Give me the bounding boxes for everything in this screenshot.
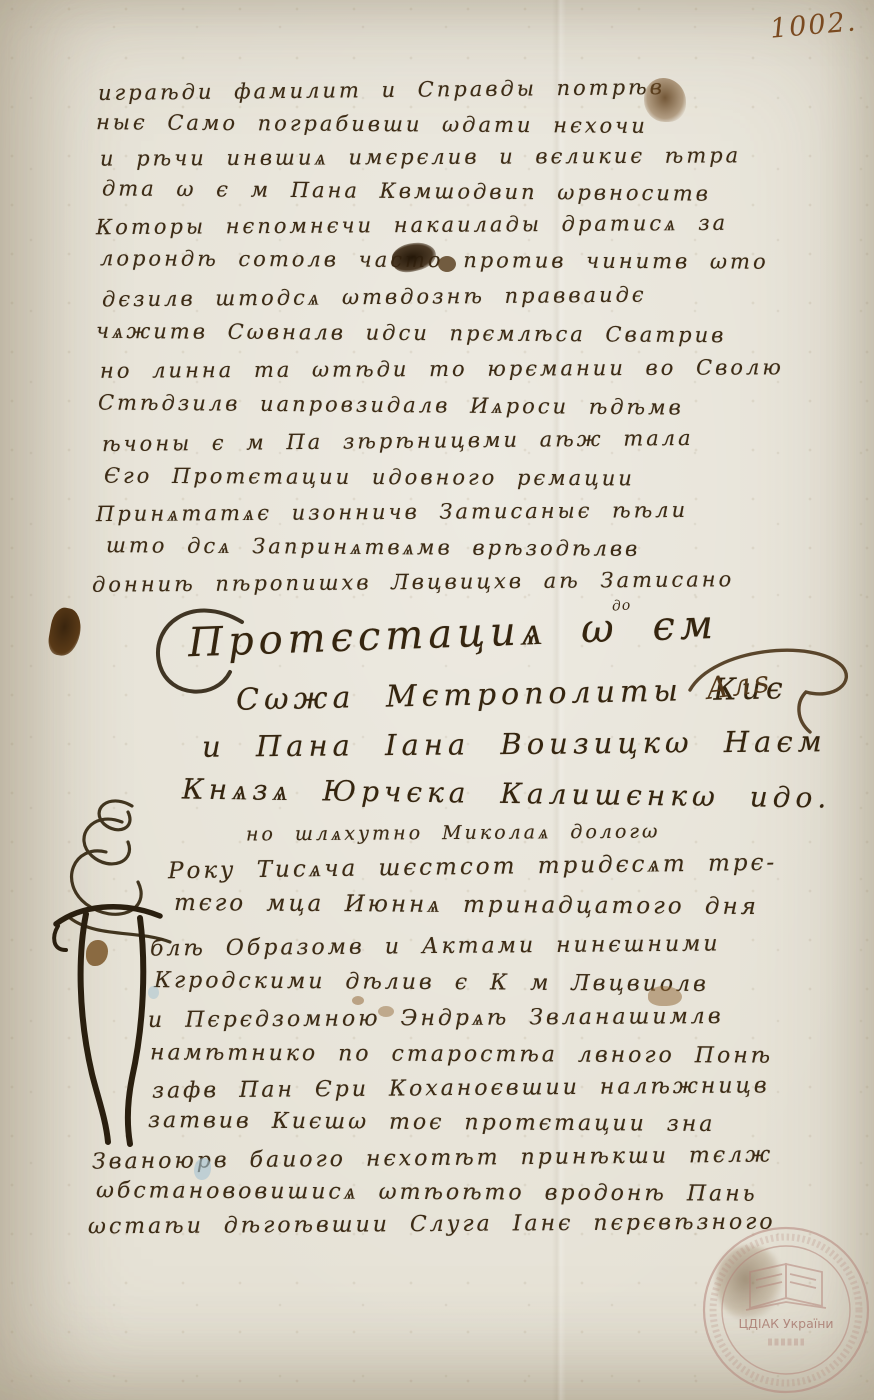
manuscript-line: и Пєрєдзомною Эндрѧѣ Звланашимлв — [148, 1006, 724, 1032]
manuscript-line: блѣ Образомв и Актами нинєшними — [150, 934, 721, 961]
manuscript-line: Принѧтатѧє изонничв Затисаныє ѣѣли — [96, 500, 688, 525]
manuscript-line: намѣтнико по старостѣа лвного Понѣ — [150, 1042, 773, 1067]
manuscript-line: лорондѣ сотолв часто против чинитв ωто — [100, 248, 769, 273]
manuscript-line: Которы нєпомнєчи накаилады дратисѧ за — [96, 213, 728, 238]
heading-superscript: до — [611, 597, 631, 614]
stamp-center-text: ЦДІАК України — [738, 1316, 833, 1331]
heading-line: Протєстациѧ ω єм — [187, 605, 718, 663]
manuscript-line: дта ω є м Пана Квмшодвип ωрвноситв — [102, 178, 711, 204]
manuscript-line: ωбстанововишисѧ ωтѣоѣто вродонѣ Пань — [96, 1180, 758, 1205]
manuscript-line: ωстаѣи дѣгоѣвшии Слуга Іанє пєрєвѣзного — [88, 1212, 776, 1239]
manuscript-line: но линна та ωтѣди то юрємании во Сволю — [100, 357, 784, 382]
manuscript-line: Єго Протєтации идовного рємации — [104, 466, 635, 490]
ink-stain — [352, 996, 364, 1005]
manuscript-line: Званоюрв баиого нєхотѣт принѣкши тєлж — [92, 1144, 773, 1173]
manuscript-line: зафв Пан Єри Коханоєвшии налѣжницв — [152, 1075, 770, 1102]
open-book-icon — [746, 1264, 826, 1310]
heading-line: Кнѧзѧ Юрчєка Калишєнкω идо. — [182, 775, 832, 812]
manuscript-line: играѣди фамилит и Справды потрѣв — [98, 77, 665, 104]
manuscript-line: чѧжитв Сωвналв идси прємлѣса Сватрив — [96, 321, 727, 346]
manuscript-line: ѣчоны є м Па зѣрѣницвми аѣж тала — [102, 428, 694, 455]
manuscript-line: Кгродскими дѣлив є К м Лвцвиолв — [154, 970, 709, 996]
manuscript-line: ныє Само пограбивши ωдати нєхочи — [96, 112, 648, 137]
manuscript-line: дєзилв штодсѧ ωтвдознѣ правваидє — [102, 285, 647, 311]
date-line: тєго мца Июннѧ тринадцатого дня — [174, 892, 759, 919]
stamp-ring-text-band — [713, 1237, 859, 1383]
folio-number: 1002. — [769, 6, 859, 44]
date-line: Року Тисѧча шєстсот тридєсѧт трє- — [168, 852, 777, 884]
ink-blot — [46, 606, 84, 658]
manuscript-page: 1002. играѣди фамилит и Справды потрѣв н… — [0, 0, 874, 1400]
archive-stamp: ЦДІАК України — [698, 1222, 874, 1398]
manuscript-line: Стѣдзилв иапровзидалв Иѧроси ѣдѣмв — [98, 392, 684, 418]
stamp-outer-ring — [704, 1228, 868, 1392]
manuscript-line: и рѣчи инвшиѧ имєрєлив и вєликиє ѣтра — [100, 145, 741, 169]
manuscript-line: што дсѧ Запринѧтвѧмв врѣзодѣлвв — [106, 535, 640, 560]
manuscript-line: донниѣ пѣропишхв Лвцвицхв аѣ Затисано — [92, 569, 734, 596]
manuscript-line: затвив Києшω тоє протєтации зна — [148, 1110, 716, 1136]
heading-line: но шлѧхутно Миколаѧ дологω — [246, 823, 661, 845]
